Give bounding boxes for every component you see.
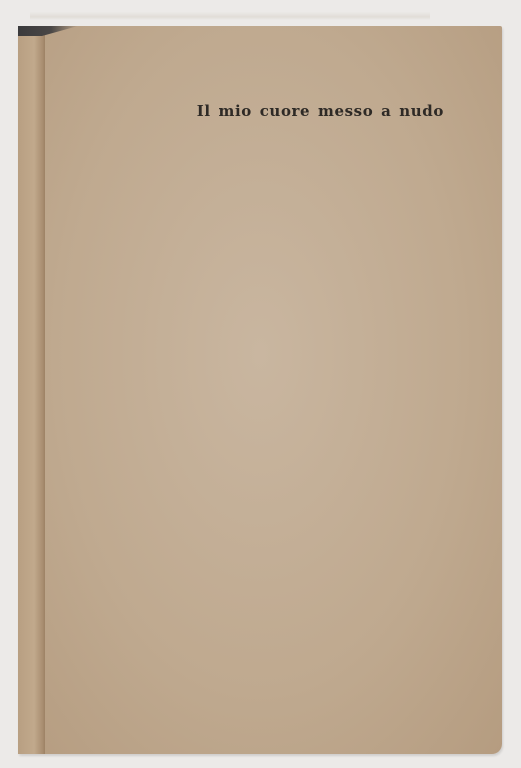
book-page: Il mio cuore messo a nudo — [18, 26, 502, 754]
page-spine — [18, 26, 45, 754]
book-top-edge — [30, 12, 430, 20]
page-title: Il mio cuore messo a nudo — [197, 102, 444, 120]
cover-corner — [18, 26, 78, 36]
